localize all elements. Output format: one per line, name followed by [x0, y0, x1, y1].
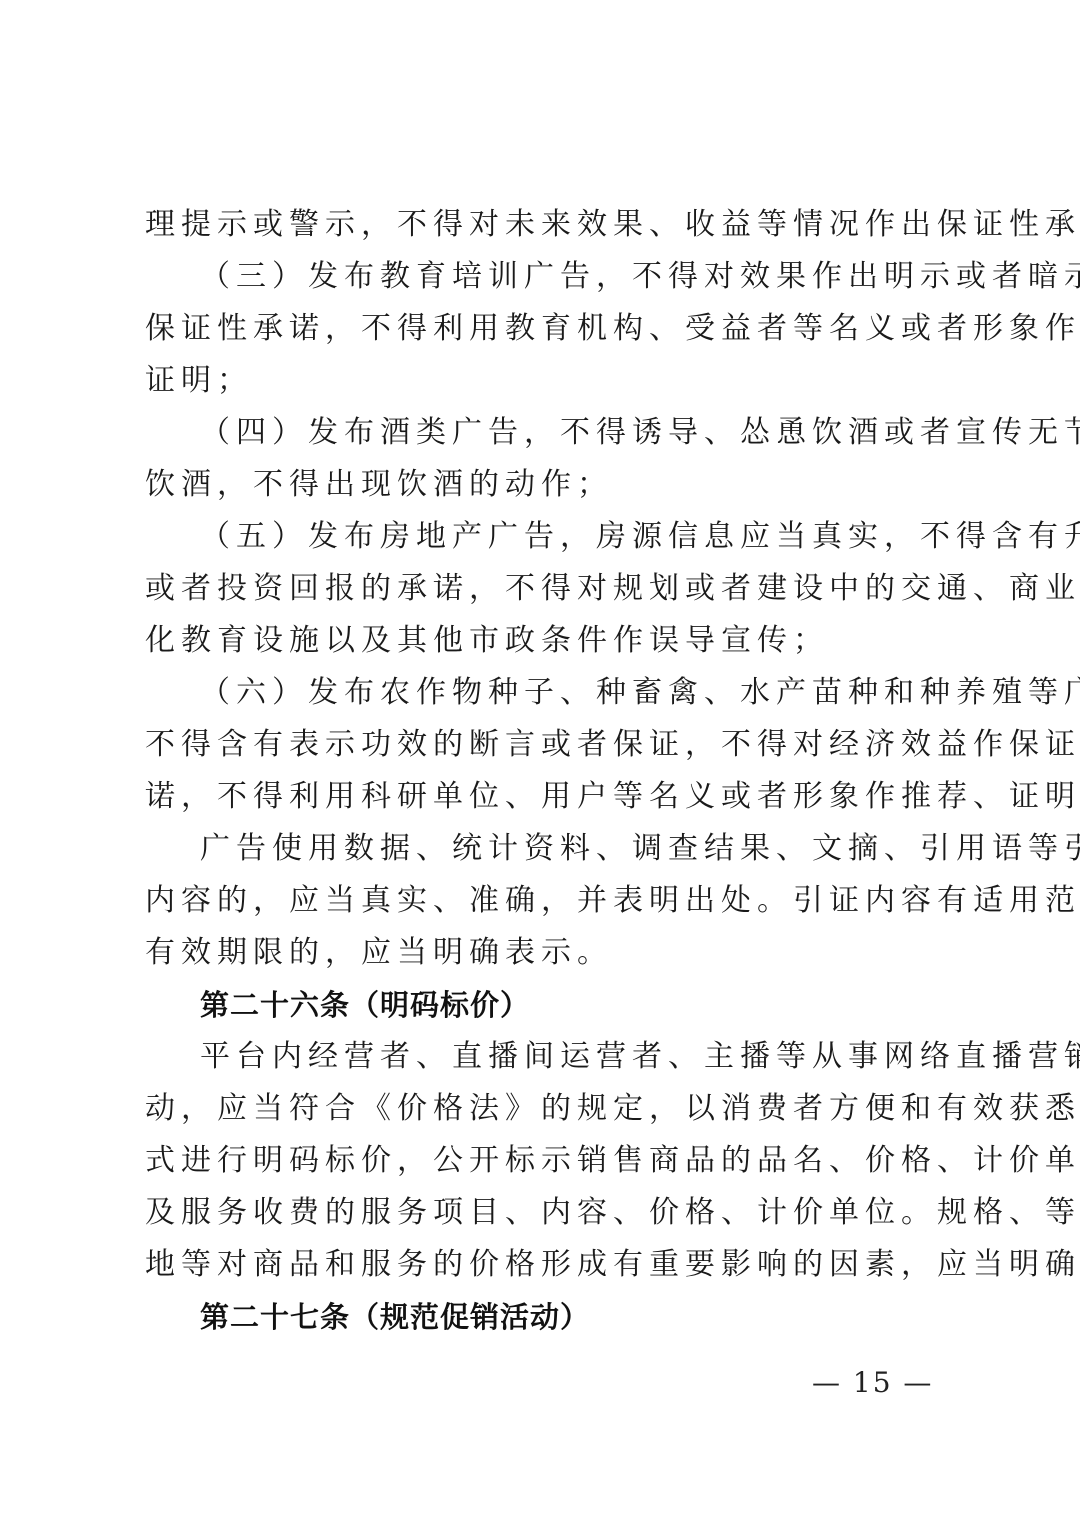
paragraph-line: 内容的，应当真实、准确，并表明出处。引证内容有适用范围和 — [145, 881, 955, 921]
paragraph-line: 及服务收费的服务项目、内容、价格、计价单位。规格、等级、产 — [145, 1193, 955, 1233]
paragraph-line: 平台内经营者、直播间运营者、主播等从事网络直播营销活 — [200, 1037, 955, 1077]
paragraph-line: 有效期限的，应当明确表示。 — [145, 933, 955, 973]
page-number: — 15 — — [812, 1365, 933, 1401]
paragraph-line: 式进行明码标价，公开标示销售商品的品名、价格、计价单位，以 — [145, 1141, 955, 1181]
paragraph-line: 证明； — [145, 361, 955, 401]
paragraph-line: 理提示或警示，不得对未来效果、收益等情况作出保证性承诺； — [145, 205, 955, 245]
paragraph-line: 广告使用数据、统计资料、调查结果、文摘、引用语等引证 — [200, 829, 955, 869]
paragraph-line: 地等对商品和服务的价格形成有重要影响的因素，应当明确标示。 — [145, 1245, 955, 1285]
document-page: 理提示或警示，不得对未来效果、收益等情况作出保证性承诺； （三）发布教育培训广告… — [0, 0, 1080, 1527]
paragraph-line: 不得含有表示功效的断言或者保证，不得对经济效益作保证性承 — [145, 725, 955, 765]
paragraph-line: （四）发布酒类广告，不得诱导、怂恿饮酒或者宣传无节制 — [200, 413, 955, 453]
paragraph-line: 诺，不得利用科研单位、用户等名义或者形象作推荐、证明。 — [145, 777, 955, 817]
paragraph-line: （五）发布房地产广告，房源信息应当真实，不得含有升值 — [200, 517, 955, 557]
article-27-heading: 第二十七条（规范促销活动） — [200, 1297, 590, 1337]
paragraph-line: 化教育设施以及其他市政条件作误导宣传； — [145, 621, 955, 661]
paragraph-line: 饮酒，不得出现饮酒的动作； — [145, 465, 955, 505]
paragraph-line: （六）发布农作物种子、种畜禽、水产苗种和种养殖等广告， — [200, 673, 955, 713]
paragraph-line: 或者投资回报的承诺，不得对规划或者建设中的交通、商业、文 — [145, 569, 955, 609]
paragraph-line: 动，应当符合《价格法》的规定，以消费者方便和有效获悉的形 — [145, 1089, 955, 1129]
article-26-heading: 第二十六条（明码标价） — [200, 985, 530, 1025]
paragraph-line: （三）发布教育培训广告，不得对效果作出明示或者暗示的 — [200, 257, 955, 297]
paragraph-line: 保证性承诺，不得利用教育机构、受益者等名义或者形象作推荐、 — [145, 309, 955, 349]
